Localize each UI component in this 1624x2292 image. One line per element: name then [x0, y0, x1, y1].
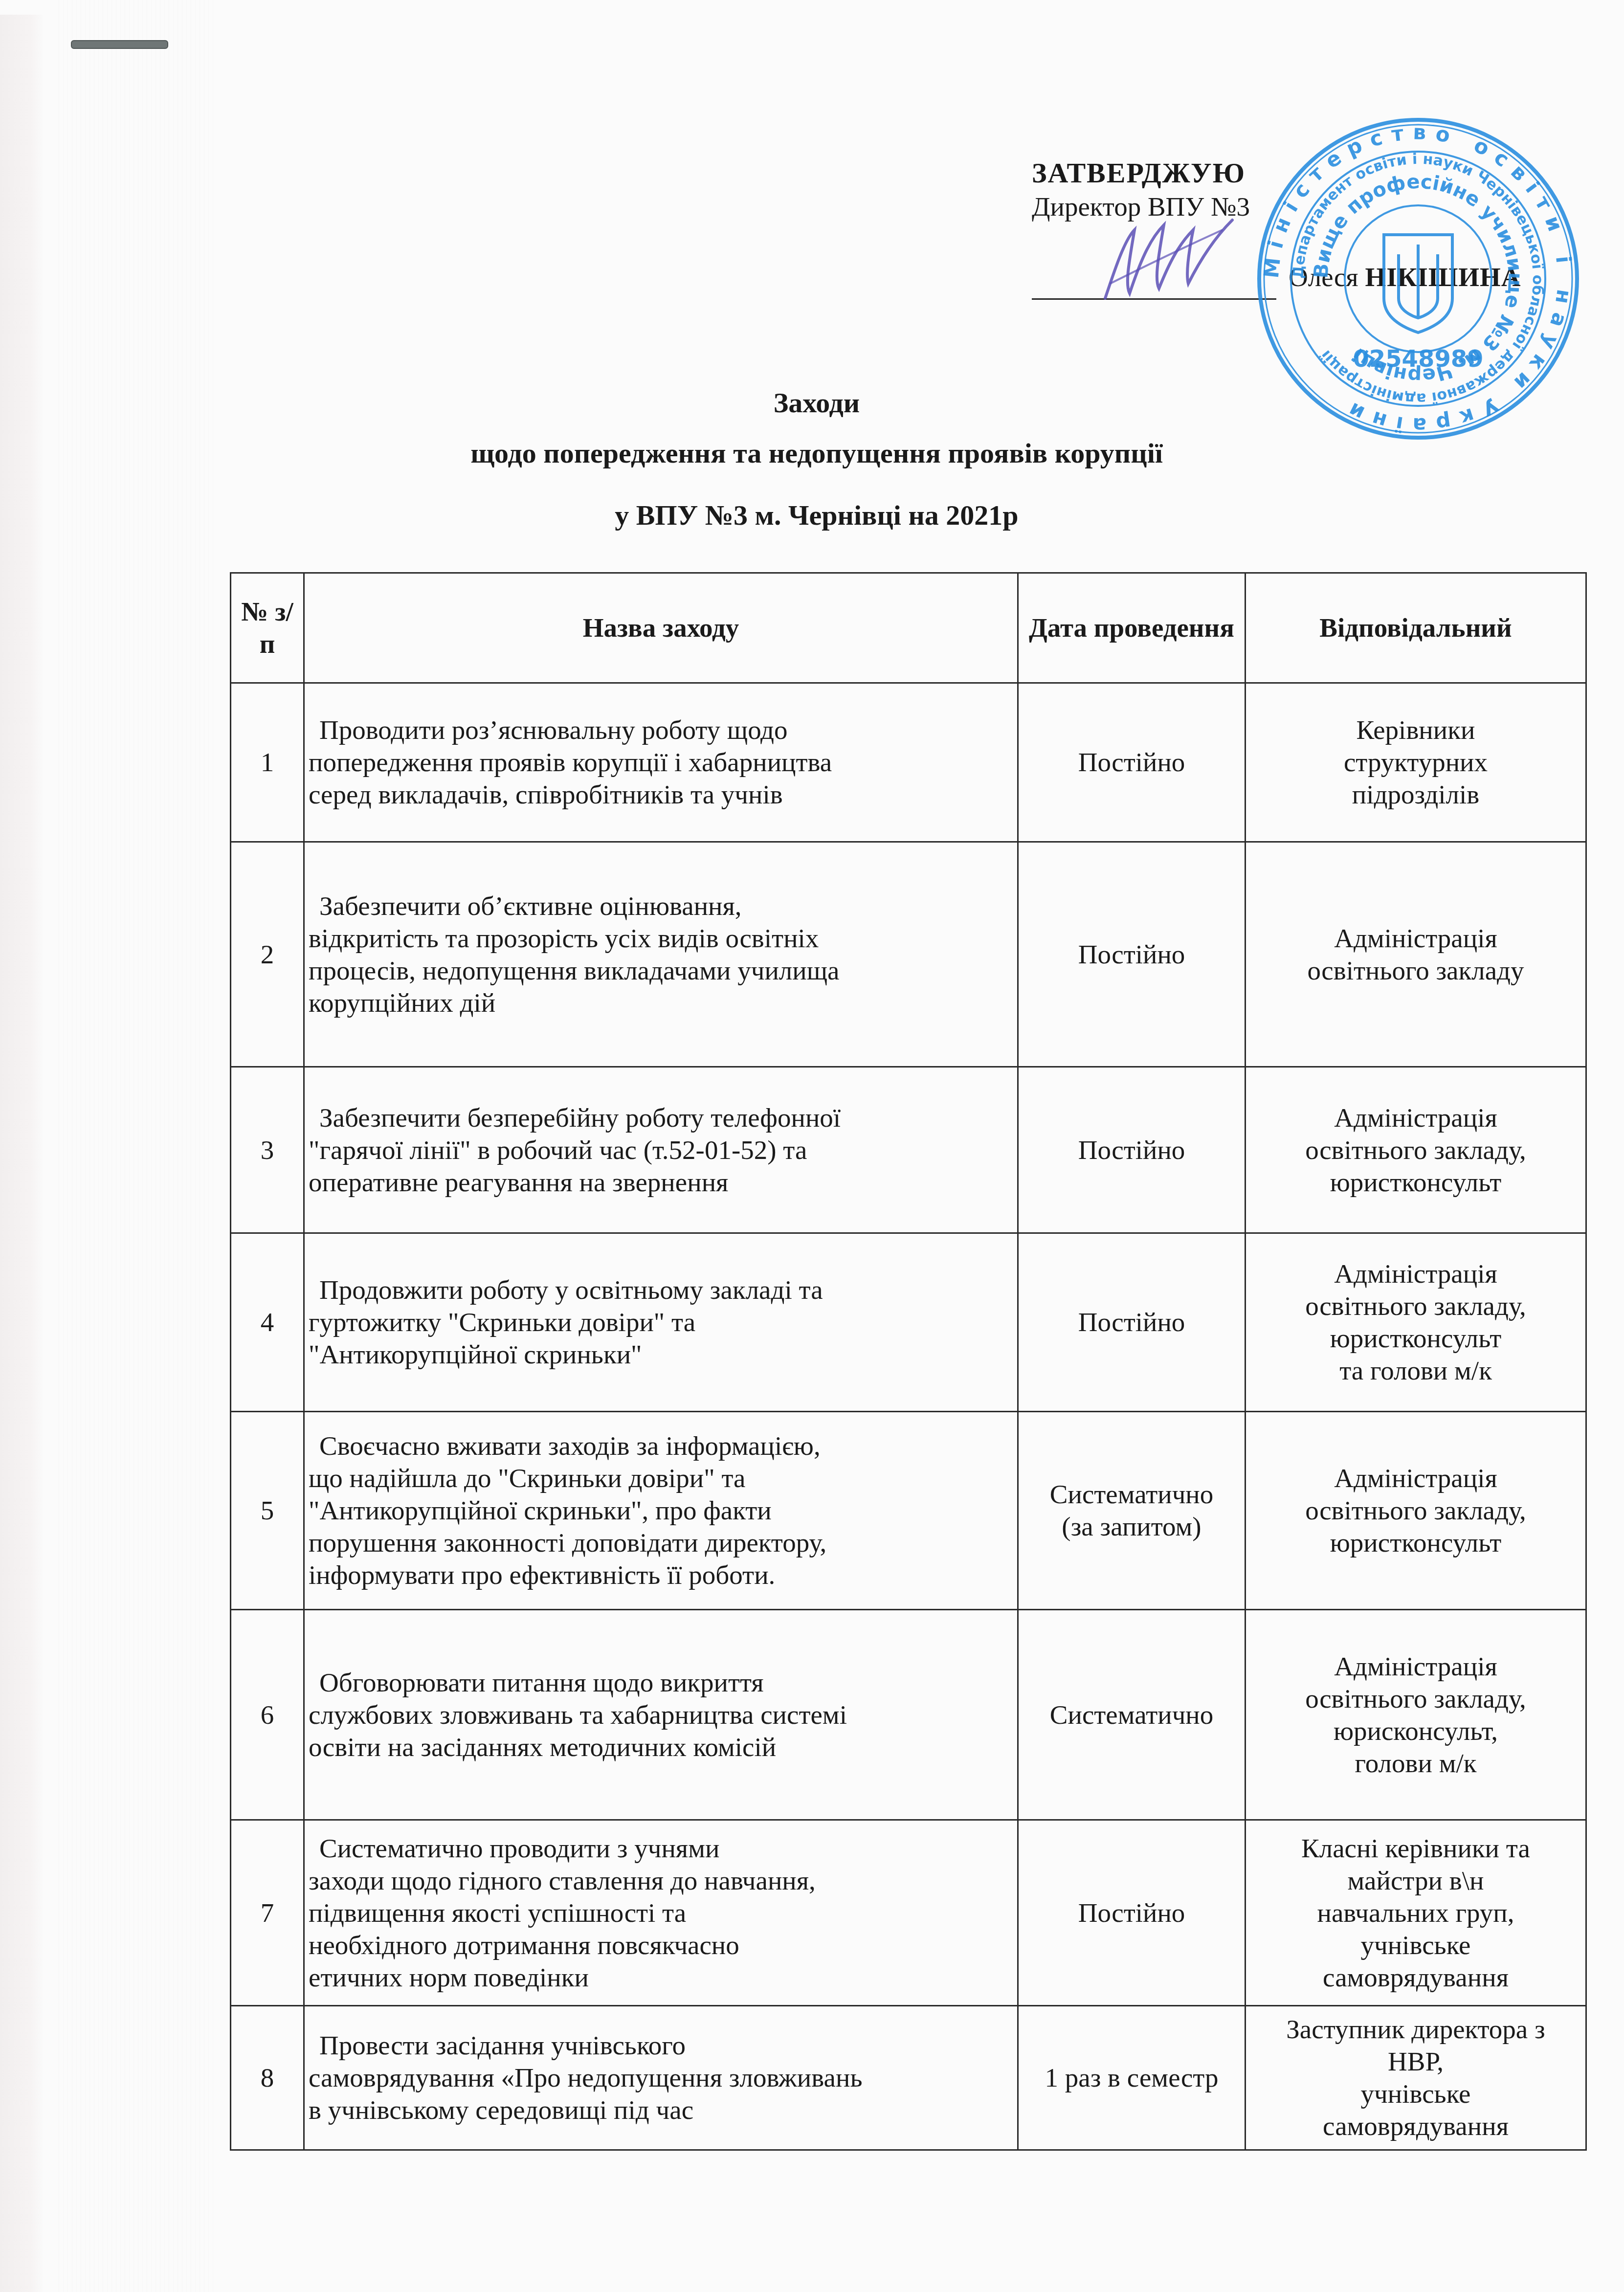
measure-name-line: відкритість та прозорість усіх видів осв… [309, 922, 1014, 955]
measure-date: Постійно [1018, 1820, 1246, 2006]
signature-icon [1095, 210, 1242, 308]
header-responsible: Відповідальний [1246, 573, 1586, 683]
row-number: 3 [231, 1067, 304, 1233]
measure-name-line: освіти на засіданнях методичних комісій [309, 1731, 1014, 1763]
measure-date-line: Постійно [1022, 1134, 1242, 1166]
table-row: 7Систематично проводити з учнямизаходи щ… [231, 1820, 1586, 2006]
scan-edge [0, 15, 43, 2292]
measure-date: Систематично(за запитом) [1018, 1412, 1246, 1610]
measure-name-line: гуртожитку "Скриньки довіри" та [309, 1306, 1014, 1338]
measure-name: Проводити роз’яснювальну роботу щодопопе… [304, 683, 1018, 842]
measure-date-line: Систематично [1022, 1478, 1242, 1511]
measure-responsible-line: Адміністрація [1249, 1650, 1582, 1683]
measure-responsible-line: Керівники [1249, 714, 1582, 746]
stamp-code: 02548989 [1353, 345, 1483, 373]
measure-name-line: необхідного дотримання повсякчасно [309, 1929, 1014, 1961]
measure-responsible-line: підрозділів [1249, 779, 1582, 811]
measure-name: Провести засідання учнівськогосамоврядув… [304, 2006, 1018, 2150]
measure-responsible-line: Заступник директора з [1249, 2013, 1582, 2046]
measure-date: Систематично [1018, 1610, 1246, 1820]
measure-date-line: Постійно [1022, 1306, 1242, 1338]
measure-responsible: Заступник директора зНВР,учнівськесамовр… [1246, 2006, 1586, 2150]
row-number: 2 [231, 842, 304, 1067]
measure-name-line: попередження проявів корупції і хабарниц… [309, 746, 1014, 779]
measure-name-line: Обговорювати питання щодо викриття [309, 1667, 1014, 1699]
measure-name-line: Своєчасно вживати заходів за інформацією… [309, 1430, 1014, 1462]
measure-date: Постійно [1018, 842, 1246, 1067]
measure-responsible-line: учнівське [1249, 2078, 1582, 2110]
measure-name-line: самоврядування «Про недопущення зловжива… [309, 2062, 1014, 2094]
measure-responsible-line: освітнього закладу [1249, 955, 1582, 987]
measure-name-line: Продовжити роботу у освітньому закладі т… [309, 1274, 1014, 1306]
measure-name-line: Проводити роз’яснювальну роботу щодо [309, 714, 1014, 746]
measure-responsible-line: Адміністрація [1249, 1462, 1582, 1494]
table-row: 4Продовжити роботу у освітньому закладі … [231, 1233, 1586, 1412]
measure-name-line: порушення законності доповідати директор… [309, 1527, 1014, 1559]
measure-responsible: Керівникиструктурнихпідрозділів [1246, 683, 1586, 842]
header-num: № з/п [231, 573, 304, 683]
measure-name-line: що надійшла до "Скриньки довіри" та [309, 1462, 1014, 1494]
measure-responsible: Адміністраціяосвітнього закладу,юристкон… [1246, 1412, 1586, 1610]
header-name: Назва заходу [304, 573, 1018, 683]
row-number: 8 [231, 2006, 304, 2150]
measure-responsible-line: освітнього закладу, [1249, 1494, 1582, 1527]
row-number: 5 [231, 1412, 304, 1610]
measure-name: Забезпечити безперебійну роботу телефонн… [304, 1067, 1018, 1233]
measure-name-line: оперативне реагування на звернення [309, 1166, 1014, 1199]
measures-table: № з/п Назва заходу Дата проведення Відпо… [230, 572, 1587, 2151]
measure-responsible-line: освітнього закладу, [1249, 1290, 1582, 1322]
scan-streaks [59, 0, 215, 2292]
measure-responsible-line: самоврядування [1249, 1961, 1582, 1994]
table-row: 6Обговорювати питання щодо викриттяслужб… [231, 1610, 1586, 1820]
row-number: 4 [231, 1233, 304, 1412]
measure-name-line: етичних норм поведінки [309, 1961, 1014, 1994]
measure-date: Постійно [1018, 1233, 1246, 1412]
measure-name-line: "Антикорупційної скриньки", про факти [309, 1494, 1014, 1527]
header-date: Дата проведення [1018, 573, 1246, 683]
measure-name-line: "Антикорупційної скриньки" [309, 1338, 1014, 1371]
table-row: 5Своєчасно вживати заходів за інформаціє… [231, 1412, 1586, 1610]
measure-responsible-line: навчальних груп, [1249, 1897, 1582, 1929]
measure-responsible-line: освітнього закладу, [1249, 1134, 1582, 1166]
staple-mark [71, 40, 168, 49]
measure-name-line: "гарячої лінії" в робочий час (т.52-01-5… [309, 1134, 1014, 1166]
measure-date: Постійно [1018, 683, 1246, 842]
row-number: 1 [231, 683, 304, 842]
measure-name-line: Забезпечити безперебійну роботу телефонн… [309, 1102, 1014, 1134]
measure-name-line: підвищення якості успішності та [309, 1897, 1014, 1929]
row-number: 7 [231, 1820, 304, 2006]
measure-name-line: Систематично проводити з учнями [309, 1832, 1014, 1865]
measure-responsible-line: юрисконсульт, [1249, 1715, 1582, 1747]
measure-name-line: серед викладачів, співробітників та учні… [309, 779, 1014, 811]
measure-responsible-line: голови м/к [1249, 1747, 1582, 1780]
measure-responsible-line: юристконсульт [1249, 1527, 1582, 1559]
document-subtitle-org: у ВПУ №3 м. Чернівці на 2021р [205, 499, 1428, 532]
measure-name-line: Провести засідання учнівського [309, 2029, 1014, 2062]
measure-responsible-line: та голови м/к [1249, 1355, 1582, 1387]
document-subtitle: щодо попередження та недопущення проявів… [205, 437, 1428, 469]
measure-responsible-line: НВР, [1249, 2046, 1582, 2078]
measure-name-line: корупційних дій [309, 987, 1014, 1019]
trident-icon [1384, 235, 1452, 333]
measure-name-line: заходи щодо гідного ставлення до навчанн… [309, 1865, 1014, 1897]
measure-responsible: Адміністраціяосвітнього закладу,юристкон… [1246, 1067, 1586, 1233]
measure-date-line: Постійно [1022, 746, 1242, 779]
table-header-row: № з/п Назва заходу Дата проведення Відпо… [231, 573, 1586, 683]
table-row: 3Забезпечити безперебійну роботу телефон… [231, 1067, 1586, 1233]
measure-date: Постійно [1018, 1067, 1246, 1233]
table-row: 8Провести засідання учнівськогосамовряду… [231, 2006, 1586, 2150]
measure-responsible: Адміністраціяосвітнього закладу [1246, 842, 1586, 1067]
measure-responsible-line: Адміністрація [1249, 922, 1582, 955]
table-row: 2Забезпечити об’єктивне оцінювання,відкр… [231, 842, 1586, 1067]
table-row: 1Проводити роз’яснювальну роботу щодопоп… [231, 683, 1586, 842]
measure-date: 1 раз в семестр [1018, 2006, 1246, 2150]
measure-responsible-line: самоврядування [1249, 2110, 1582, 2142]
measure-responsible-line: учнівське [1249, 1929, 1582, 1961]
measure-name: Систематично проводити з учнямизаходи що… [304, 1820, 1018, 2006]
row-number: 6 [231, 1610, 304, 1820]
document-title: Заходи [205, 386, 1428, 419]
measure-responsible-line: юристконсульт [1249, 1322, 1582, 1355]
measure-name-line: службових зловживань та хабарництва сист… [309, 1699, 1014, 1731]
measure-responsible-line: структурних [1249, 746, 1582, 779]
measure-name-line: Забезпечити об’єктивне оцінювання, [309, 890, 1014, 922]
measure-responsible-line: майстри в\н [1249, 1865, 1582, 1897]
measure-date-line: Постійно [1022, 938, 1242, 971]
measure-responsible: Класні керівники тамайстри в\ннавчальних… [1246, 1820, 1586, 2006]
measure-name: Своєчасно вживати заходів за інформацією… [304, 1412, 1018, 1610]
measure-name: Обговорювати питання щодо викриттяслужбо… [304, 1610, 1018, 1820]
measure-responsible: Адміністраціяосвітнього закладу,юрисконс… [1246, 1610, 1586, 1820]
measure-date-line: Систематично [1022, 1699, 1242, 1731]
measure-name-line: процесів, недопущення викладачами училищ… [309, 955, 1014, 987]
measure-name-line: інформувати про ефективність її роботи. [309, 1559, 1014, 1591]
measure-responsible-line: освітнього закладу, [1249, 1683, 1582, 1715]
measure-name: Продовжити роботу у освітньому закладі т… [304, 1233, 1018, 1412]
measure-name-line: в учнівському середовищі під час [309, 2094, 1014, 2126]
measure-date-line: (за запитом) [1022, 1511, 1242, 1543]
measure-date-line: Постійно [1022, 1897, 1242, 1929]
measure-date-line: 1 раз в семестр [1022, 2062, 1242, 2094]
measure-responsible-line: юристконсульт [1249, 1166, 1582, 1199]
measure-name: Забезпечити об’єктивне оцінювання,відкри… [304, 842, 1018, 1067]
measure-responsible-line: Адміністрація [1249, 1258, 1582, 1290]
measure-responsible-line: Адміністрація [1249, 1102, 1582, 1134]
measure-responsible-line: Класні керівники та [1249, 1832, 1582, 1865]
measure-responsible: Адміністраціяосвітнього закладу,юристкон… [1246, 1233, 1586, 1412]
